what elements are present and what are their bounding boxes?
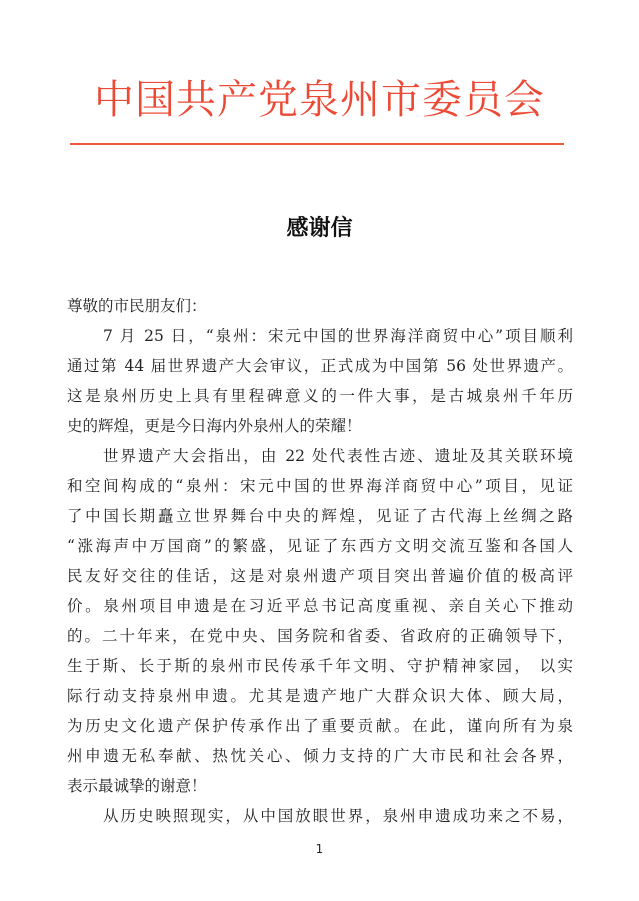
body-line: 表示最诚挚的谢意！ [67,771,573,801]
body-line: 从历史映照现实，从中国放眼世界，泉州申遗成功来之不易， [67,801,573,831]
body-line: 民友好交往的佳话，这是对泉州遗产项目突出普遍价值的极高评 [67,561,573,591]
letter-title: 感谢信 [0,213,639,243]
body-line: 际行动支持泉州申遗。尤其是遗产地广大群众识大体、顾大局， [67,681,573,711]
body-line: 州申遗无私奉献、热忱关心、倾力支持的广大市民和社会各界， [67,741,573,771]
body-line: 7 月 25 日，“泉州：宋元中国的世界海洋商贸中心”项目顺利 [67,321,573,351]
salutation: 尊敬的市民朋友们： [67,291,573,321]
body-line: 为历史文化遗产保护传承作出了重要贡献。在此，谨向所有为泉 [67,711,573,741]
letter-body: 尊敬的市民朋友们： 7 月 25 日，“泉州：宋元中国的世界海洋商贸中心”项目顺… [67,291,573,831]
body-line: 史的辉煌，更是今日海内外泉州人的荣耀！ [67,411,573,441]
body-line: 了中国长期矗立世界舞台中央的辉煌，见证了古代海上丝绸之路 [67,501,573,531]
body-line: 的。二十年来，在党中央、国务院和省委、省政府的正确领导下， [67,621,573,651]
body-line: 和空间构成的“泉州：宋元中国的世界海洋商贸中心”项目，见证 [67,471,573,501]
body-line: 通过第 44 届世界遗产大会审议，正式成为中国第 56 处世界遗产。 [67,351,573,381]
body-line: 这是泉州历史上具有里程碑意义的一件大事，是古城泉州千年历 [67,381,573,411]
letterhead-red-rule [70,143,564,145]
document-page: 中国共产党泉州市委员会 感谢信 尊敬的市民朋友们： 7 月 25 日，“泉州：宋… [0,0,639,901]
letterhead-org-name: 中国共产党泉州市委员会 [0,76,639,124]
body-line: “涨海声中万国商”的繁盛，见证了东西方文明交流互鉴和各国人 [67,531,573,561]
body-line: 世界遗产大会指出，由 22 处代表性古迹、遗址及其关联环境 [67,441,573,471]
page-number: 1 [0,842,639,856]
body-line: 生于斯、长于斯的泉州市民传承千年文明、守护精神家园， 以实 [67,651,573,681]
body-line: 价。泉州项目申遗是在习近平总书记高度重视、亲自关心下推动 [67,591,573,621]
